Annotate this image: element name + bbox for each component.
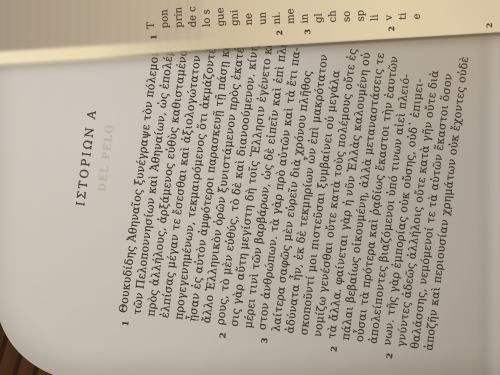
fragment-line: sp bbox=[353, 0, 369, 22]
margin-section-number: 3 bbox=[301, 29, 315, 35]
fragment-line: me bbox=[283, 0, 299, 24]
greek-text-lines: 1Θουκυδίδης Ἀθηναῖος ξυνέγραψε τὸν πόλεμ… bbox=[117, 20, 473, 351]
fragment-line: 2 bbox=[479, 0, 495, 17]
fragment-line: 2ni. bbox=[269, 0, 285, 25]
fragment-line: 2v bbox=[381, 0, 397, 21]
fragment-line: so bbox=[339, 0, 355, 22]
fragment-line: un bbox=[255, 0, 271, 25]
fragment-line: gl bbox=[311, 0, 327, 23]
fragment-line: de c bbox=[185, 0, 201, 28]
margin-section-number: 2 bbox=[215, 332, 230, 339]
fragment-line: prin bbox=[171, 0, 187, 28]
fragment-line bbox=[423, 0, 439, 19]
fragment-line: ti bbox=[395, 0, 411, 20]
fragment-line: lo s bbox=[199, 0, 215, 27]
rotated-text-block: ΙΣΤΟΡΙΩΝ Α DEL PELO 1Θουκυδίδης Ἀθηναῖος… bbox=[59, 20, 494, 354]
fragment-line: 1T bbox=[143, 0, 159, 29]
margin-section-number: 2 bbox=[381, 352, 396, 359]
fragment-line: 3in bbox=[297, 0, 313, 24]
margin-section-number: 2 bbox=[273, 30, 287, 36]
fragment-line: e bbox=[409, 0, 425, 20]
fragment-line: pon bbox=[157, 0, 173, 29]
margin-section-number: 2 bbox=[326, 345, 341, 352]
fragment-line bbox=[451, 0, 467, 18]
margin-section-number: 3 bbox=[256, 337, 271, 344]
fragment-line: ch bbox=[325, 0, 341, 23]
margin-section-number: 1 bbox=[147, 34, 161, 40]
fragment-line: gue bbox=[213, 0, 229, 27]
show-through-text: DEL PELO bbox=[97, 123, 116, 192]
margin-section-number: 2 bbox=[483, 22, 497, 28]
margin-section-number: 1 bbox=[117, 320, 132, 327]
book-photo: ΙΣΤΟΡΙΩΝ Α DEL PELO 1Θουκυδίδης Ἀθηναῖος… bbox=[0, 0, 500, 375]
fragment-line: ne bbox=[241, 0, 257, 26]
fragment-line bbox=[465, 0, 481, 18]
fragment-line: li bbox=[367, 0, 383, 21]
margin-section-number: 2 bbox=[385, 26, 399, 32]
book-page-greek: ΙΣΤΟΡΙΩΝ Α DEL PELO 1Θουκυδίδης Ἀθηναῖος… bbox=[0, 20, 500, 375]
fragment-line bbox=[437, 0, 453, 19]
fragment-line: gni bbox=[227, 0, 243, 26]
